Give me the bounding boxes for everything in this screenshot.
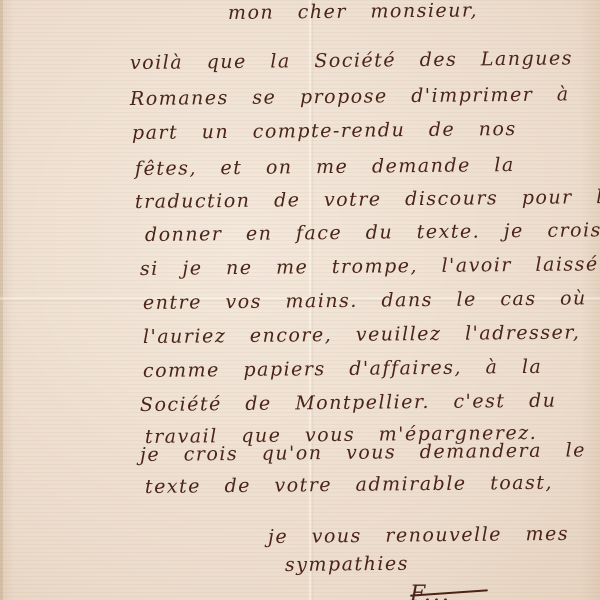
body-line: voilà que la Société des Langues bbox=[130, 49, 573, 73]
body-line: si je ne me trompe, l'avoir laissé bbox=[140, 255, 599, 279]
body-line: l'auriez encore, veuillez l'adresser, bbox=[143, 323, 581, 347]
body-line: Société de Montpellier. c'est du bbox=[140, 392, 557, 415]
body-line: comme papiers d'affaires, à la bbox=[143, 358, 543, 381]
signature: F... bbox=[410, 582, 451, 600]
body-line: je crois qu'on vous demandera le bbox=[140, 441, 586, 465]
body-line: part un compte-rendu de nos bbox=[132, 120, 517, 143]
body-line: traduction de votre discours pour le bbox=[135, 188, 600, 212]
body-line: fêtes, et on me demande la bbox=[135, 156, 515, 179]
closing-line: sympathies bbox=[285, 555, 409, 575]
closing-line: je vous renouvelle mes bbox=[268, 525, 569, 547]
body-line: Romanes se propose d'imprimer à bbox=[130, 85, 570, 109]
letter-page: mon cher monsieur, voilà que la Société … bbox=[0, 0, 600, 600]
body-line: entre vos mains. dans le cas où vous bbox=[143, 289, 600, 313]
body-line: donner en face du texte. je crois, bbox=[145, 221, 600, 245]
salutation: mon cher monsieur, bbox=[228, 1, 478, 23]
body-line: texte de votre admirable toast, bbox=[145, 474, 553, 497]
